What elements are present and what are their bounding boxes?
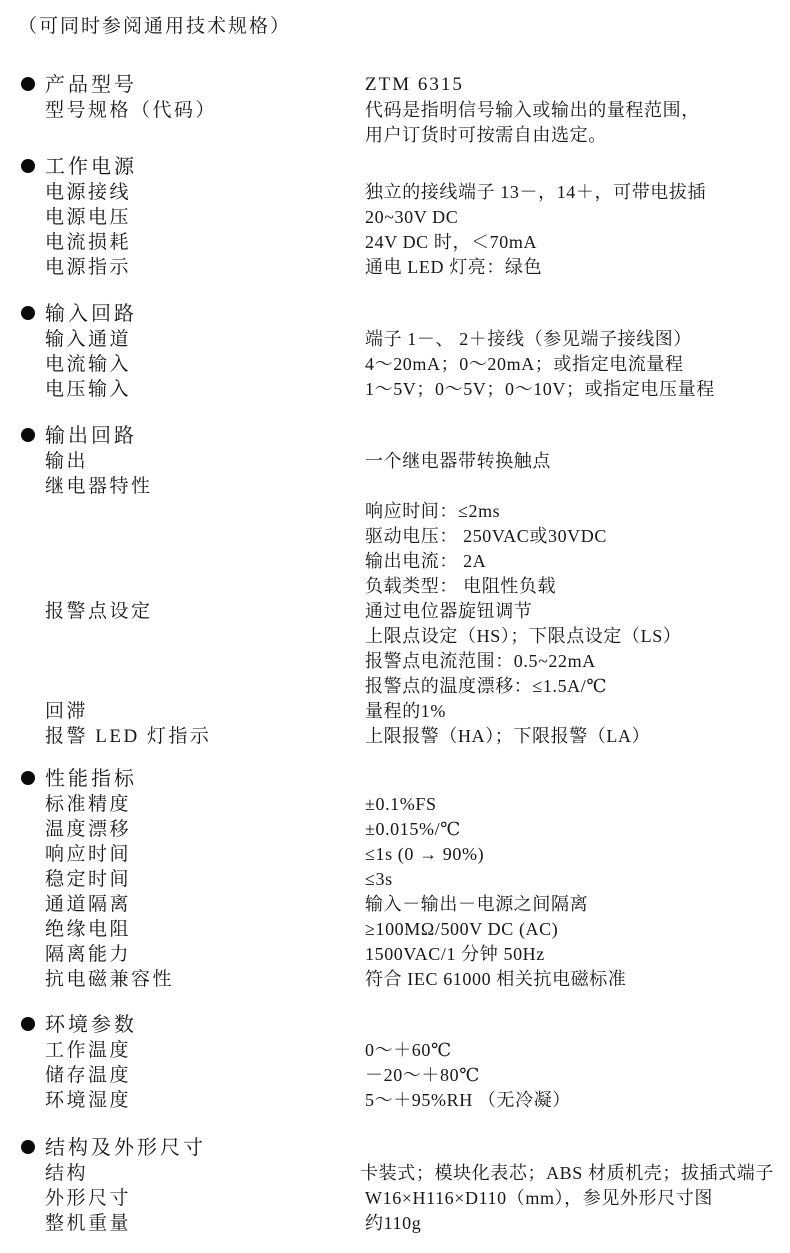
spec-label: 报警 LED 灯指示 — [18, 724, 365, 749]
spec-value-line: ≤1s (0 → 90%) — [365, 842, 774, 867]
spec-label: 储存温度 — [18, 1063, 365, 1088]
spec-label: 电压输入 — [18, 377, 365, 402]
section-header: 环境参数 — [18, 1012, 774, 1038]
spec-row: 负载类型： 电阻性负载 — [18, 574, 774, 599]
spec-row: 报警点设定通过电位器旋钮调节 — [18, 599, 774, 624]
spec-row: 环境湿度5～＋95%RH （无冷凝） — [18, 1088, 774, 1113]
spec-section: 产品型号ZTM 6315型号规格（代码）代码是指明信号输入或输出的量程范围，用户… — [18, 72, 774, 148]
spec-row: 工作温度0～＋60℃ — [18, 1038, 774, 1063]
section-header: 工作电源 — [18, 154, 774, 180]
spec-value-line: 上限点设定（HS）；下限点设定（LS） — [365, 624, 774, 649]
bullet-icon — [21, 159, 35, 173]
spec-value-line: ≤3s — [365, 867, 774, 892]
section-title: 工作电源 — [45, 154, 365, 180]
spec-row: 结构卡装式；模块化表芯；ABS 材质机壳；拔插式端子 — [18, 1161, 774, 1186]
bullet-icon — [21, 1017, 35, 1031]
section-title: 性能指标 — [45, 766, 365, 792]
spec-label — [18, 574, 365, 599]
spec-value-line: 响应时间：≤2ms — [365, 499, 774, 524]
section-header: 结构及外形尺寸 — [18, 1135, 774, 1161]
spec-value-line: 一个继电器带转换触点 — [365, 449, 774, 474]
spec-label: 型号规格（代码） — [18, 98, 365, 123]
spec-label: 隔离能力 — [18, 942, 365, 967]
spec-label: 稳定时间 — [18, 867, 365, 892]
bullet-cell — [18, 1135, 45, 1154]
section-title: 产品型号 — [45, 72, 365, 98]
spec-row: 稳定时间≤3s — [18, 867, 774, 892]
spec-label: 响应时间 — [18, 842, 365, 867]
spec-value-line: 驱动电压： 250VAC或30VDC — [365, 524, 774, 549]
spec-row: 隔离能力1500VAC/1 分钟 50Hz — [18, 942, 774, 967]
spec-value-line: 20~30V DC — [365, 205, 774, 230]
spec-row: 电源电压20~30V DC — [18, 205, 774, 230]
spec-row: 电流输入4～20mA；0～20mA；或指定电流量程 — [18, 352, 774, 377]
spec-value-line: 0～＋60℃ — [365, 1038, 774, 1063]
spec-row: 用户订货时可按需自由选定。 — [18, 123, 774, 148]
bullet-cell — [18, 423, 45, 442]
spec-label: 输入通道 — [18, 327, 365, 352]
spec-row: 标准精度±0.1%FS — [18, 792, 774, 817]
spec-value-line: 输出电流： 2A — [365, 549, 774, 574]
spec-label: 温度漂移 — [18, 817, 365, 842]
spec-value-line: 负载类型： 电阻性负载 — [365, 574, 774, 599]
spec-sections: 产品型号ZTM 6315型号规格（代码）代码是指明信号输入或输出的量程范围，用户… — [18, 72, 774, 1236]
spec-label: 回滞 — [18, 699, 365, 724]
spec-label — [18, 674, 365, 699]
spec-row: 输入通道端子 1－、 2＋接线（参见端子接线图） — [18, 327, 774, 352]
spec-value-line: 通电 LED 灯亮：绿色 — [365, 255, 774, 280]
spec-row: 型号规格（代码）代码是指明信号输入或输出的量程范围， — [18, 98, 774, 123]
section-header: 性能指标 — [18, 766, 774, 792]
spec-value-line: 通过电位器旋钮调节 — [365, 599, 774, 624]
spec-value-line: 1500VAC/1 分钟 50Hz — [365, 942, 774, 967]
section-title-value: ZTM 6315 — [365, 72, 774, 98]
bullet-cell — [18, 154, 45, 173]
spec-label: 电源指示 — [18, 255, 365, 280]
bullet-icon — [21, 306, 35, 320]
bullet-cell — [18, 72, 45, 91]
spec-row: 储存温度－20～＋80℃ — [18, 1063, 774, 1088]
spec-label: 标准精度 — [18, 792, 365, 817]
spec-value-line: ±0.015%/℃ — [365, 817, 774, 842]
spec-label: 外形尺寸 — [18, 1186, 365, 1211]
spec-document: （可同时参阅通用技术规格） 产品型号ZTM 6315型号规格（代码）代码是指明信… — [0, 0, 790, 1253]
spec-label: 绝缘电阻 — [18, 917, 365, 942]
spec-section: 工作电源电源接线独立的接线端子 13－，14＋，可带电拔插电源电压20~30V … — [18, 154, 774, 280]
spec-label: 报警点设定 — [18, 599, 365, 624]
spec-value-line: 4～20mA；0～20mA；或指定电流量程 — [365, 352, 774, 377]
section-header: 输出回路 — [18, 423, 774, 449]
spec-row: 报警 LED 灯指示上限报警（HA）；下限报警（LA） — [18, 724, 774, 749]
spec-row: 电压输入1～5V；0～5V；0～10V；或指定电压量程 — [18, 377, 774, 402]
section-header: 输入回路 — [18, 301, 774, 327]
header-note: （可同时参阅通用技术规格） — [18, 14, 774, 40]
spec-row: 继电器特性 — [18, 474, 774, 499]
spec-value-line: W16×H116×D110（mm），参见外形尺寸图 — [365, 1186, 774, 1211]
spec-value-line: 约110g — [365, 1211, 774, 1236]
spec-row: 响应时间：≤2ms — [18, 499, 774, 524]
spec-row: 驱动电压： 250VAC或30VDC — [18, 524, 774, 549]
bullet-icon — [21, 77, 35, 91]
spec-label — [18, 649, 365, 674]
spec-value-line: 卡装式；模块化表芯；ABS 材质机壳；拔插式端子 — [360, 1161, 774, 1186]
spec-row: 整机重量约110g — [18, 1211, 774, 1236]
spec-section: 环境参数工作温度0～＋60℃储存温度－20～＋80℃环境湿度5～＋95%RH （… — [18, 1012, 774, 1113]
spec-label: 通道隔离 — [18, 892, 365, 917]
spec-label — [18, 549, 365, 574]
spec-label — [18, 524, 365, 549]
spec-value-line: 上限报警（HA）；下限报警（LA） — [365, 724, 774, 749]
spec-section: 结构及外形尺寸结构卡装式；模块化表芯；ABS 材质机壳；拔插式端子外形尺寸 W1… — [18, 1135, 774, 1236]
spec-value-line: 1～5V；0～5V；0～10V；或指定电压量程 — [365, 377, 774, 402]
spec-row: 电源接线独立的接线端子 13－，14＋，可带电拔插 — [18, 180, 774, 205]
spec-label — [18, 123, 365, 148]
bullet-cell — [18, 301, 45, 320]
bullet-cell — [18, 1012, 45, 1031]
spec-label: 输出 — [18, 449, 365, 474]
spec-row: 通道隔离输入－输出－电源之间隔离 — [18, 892, 774, 917]
spec-value-line: ≥100MΩ/500V DC (AC) — [365, 917, 774, 942]
section-title: 输出回路 — [45, 423, 365, 449]
spec-row: 报警点的温度漂移：≤1.5A/℃ — [18, 674, 774, 699]
spec-row: 输出电流： 2A — [18, 549, 774, 574]
spec-row: 外形尺寸 W16×H116×D110（mm），参见外形尺寸图 — [18, 1186, 774, 1211]
spec-label: 电源接线 — [18, 180, 365, 205]
section-title: 输入回路 — [45, 301, 365, 327]
spec-label: 电流输入 — [18, 352, 365, 377]
spec-section: 性能指标标准精度±0.1%FS温度漂移±0.015%/℃响应时间≤1s (0 →… — [18, 766, 774, 992]
spec-value-line — [365, 474, 774, 499]
spec-label: 结构 — [18, 1161, 360, 1186]
spec-section: 输入回路输入通道端子 1－、 2＋接线（参见端子接线图）电流输入4～20mA；0… — [18, 301, 774, 402]
spec-value-line: 代码是指明信号输入或输出的量程范围， — [365, 98, 774, 123]
spec-value-line: 量程的1% — [365, 699, 774, 724]
spec-row: 电源指示通电 LED 灯亮：绿色 — [18, 255, 774, 280]
spec-value-line: 5～＋95%RH （无冷凝） — [365, 1088, 774, 1113]
spec-row: 电流损耗24V DC 时，＜70mA — [18, 230, 774, 255]
spec-row: 响应时间≤1s (0 → 90%) — [18, 842, 774, 867]
spec-value-line: ±0.1%FS — [365, 792, 774, 817]
section-title: 结构及外形尺寸 — [45, 1135, 365, 1161]
spec-row: 抗电磁兼容性符合 IEC 61000 相关抗电磁标准 — [18, 967, 774, 992]
spec-value-line: －20～＋80℃ — [365, 1063, 774, 1088]
spec-row: 输出一个继电器带转换触点 — [18, 449, 774, 474]
spec-value-line: 独立的接线端子 13－，14＋，可带电拔插 — [365, 180, 774, 205]
bullet-cell — [18, 766, 45, 785]
spec-value-line: 报警点电流范围：0.5~22mA — [365, 649, 774, 674]
spec-label: 电流损耗 — [18, 230, 365, 255]
bullet-icon — [21, 1140, 35, 1154]
spec-row: 绝缘电阻≥100MΩ/500V DC (AC) — [18, 917, 774, 942]
spec-label: 工作温度 — [18, 1038, 365, 1063]
section-title: 环境参数 — [45, 1012, 365, 1038]
section-header: 产品型号ZTM 6315 — [18, 72, 774, 98]
spec-label — [18, 624, 365, 649]
bullet-icon — [21, 771, 35, 785]
spec-label: 电源电压 — [18, 205, 365, 230]
spec-row: 回滞量程的1% — [18, 699, 774, 724]
spec-label — [18, 499, 365, 524]
bullet-icon — [21, 428, 35, 442]
spec-value-line: 24V DC 时，＜70mA — [365, 230, 774, 255]
spec-row: 上限点设定（HS）；下限点设定（LS） — [18, 624, 774, 649]
spec-row: 温度漂移±0.015%/℃ — [18, 817, 774, 842]
spec-value-line: 用户订货时可按需自由选定。 — [365, 123, 774, 148]
spec-row: 报警点电流范围：0.5~22mA — [18, 649, 774, 674]
spec-label: 整机重量 — [18, 1211, 365, 1236]
spec-value-line: 符合 IEC 61000 相关抗电磁标准 — [365, 967, 774, 992]
spec-label: 环境湿度 — [18, 1088, 365, 1113]
spec-label: 抗电磁兼容性 — [18, 967, 365, 992]
spec-section: 输出回路输出一个继电器带转换触点继电器特性响应时间：≤2ms驱动电压： 250V… — [18, 423, 774, 749]
spec-value-line: 端子 1－、 2＋接线（参见端子接线图） — [365, 327, 774, 352]
spec-label: 继电器特性 — [18, 474, 365, 499]
spec-value-line: 报警点的温度漂移：≤1.5A/℃ — [365, 674, 774, 699]
spec-value-line: 输入－输出－电源之间隔离 — [365, 892, 774, 917]
